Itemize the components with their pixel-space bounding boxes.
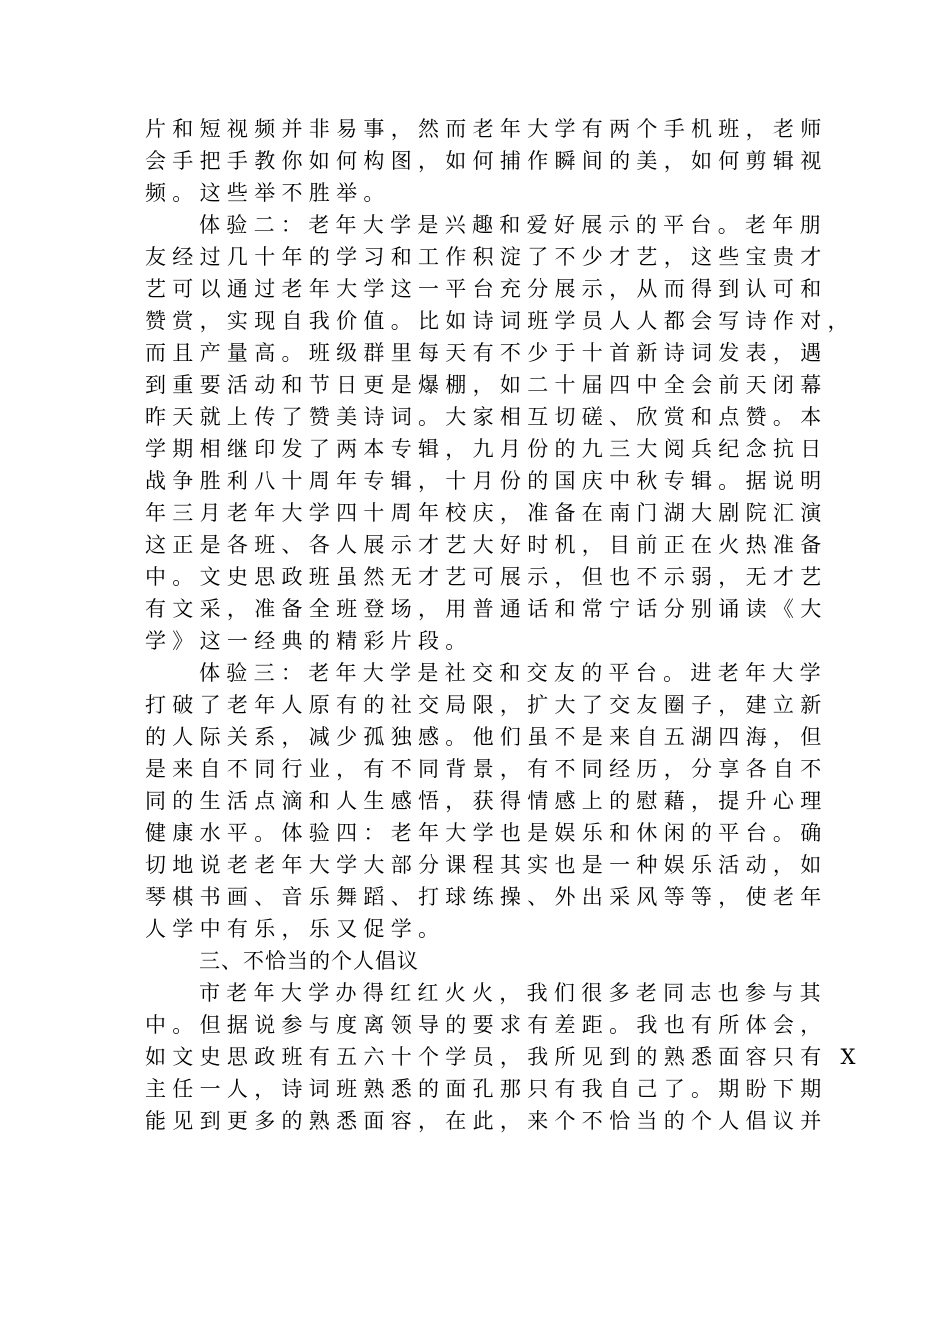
text-line: 年三月老年大学四十周年校庆，准备在南门湖大剧院汇演 bbox=[145, 497, 815, 529]
text-line: 友经过几十年的学习和工作积淀了不少才艺，这些宝贵才 bbox=[145, 241, 815, 273]
text-line: 打破了老年人原有的社交局限，扩大了交友圈子，建立新 bbox=[145, 689, 815, 721]
text-line: 战争胜利八十周年专辑，十月份的国庆中秋专辑。据说明 bbox=[145, 465, 815, 497]
text-line: 能见到更多的熟悉面容，在此，来个不恰当的个人倡议并 bbox=[145, 1105, 815, 1137]
text-line: 频。这些举不胜举。 bbox=[145, 177, 815, 209]
text-line: 人学中有乐，乐又促学。 bbox=[145, 913, 815, 945]
text-line: 学》这一经典的精彩片段。 bbox=[145, 625, 815, 657]
text-line: 的人际关系，减少孤独感。他们虽不是来自五湖四海，但 bbox=[145, 721, 815, 753]
paragraph-start-experience-two: 体验二：老年大学是兴趣和爱好展示的平台。老年朋 bbox=[145, 209, 815, 241]
text-line: 同的生活点滴和人生感悟，获得情感上的慰藉，提升心理 bbox=[145, 785, 815, 817]
text-line: 是来自不同行业，有不同背景，有不同经历，分享各自不 bbox=[145, 753, 815, 785]
text-line: 琴棋书画、音乐舞蹈、打球练操、外出采风等等，使老年 bbox=[145, 881, 815, 913]
paragraph-start-experience-three: 体验三：老年大学是社交和交友的平台。进老年大学 bbox=[145, 657, 815, 689]
text-line: 中。但据说参与度离领导的要求有差距。我也有所体会， bbox=[145, 1009, 815, 1041]
document-body: 片和短视频并非易事，然而老年大学有两个手机班，老师 会手把手教你如何构图，如何捕… bbox=[145, 113, 815, 1137]
text-line: 会手把手教你如何构图，如何捕作瞬间的美，如何剪辑视 bbox=[145, 145, 815, 177]
text-line: 到重要活动和节日更是爆棚，如二十届四中全会前天闭幕 bbox=[145, 369, 815, 401]
text-line: 主任一人，诗词班熟悉的面孔那只有我自己了。期盼下期 bbox=[145, 1073, 815, 1105]
text-line: 健康水平。体验四：老年大学也是娱乐和休闲的平台。确 bbox=[145, 817, 815, 849]
paragraph-start-proposal: 市老年大学办得红红火火，我们很多老同志也参与其 bbox=[145, 977, 815, 1009]
text-line: 学期相继印发了两本专辑，九月份的九三大阅兵纪念抗日 bbox=[145, 433, 815, 465]
text-line: 中。文史思政班虽然无才艺可展示，但也不示弱，无才艺 bbox=[145, 561, 815, 593]
section-heading: 三、不恰当的个人倡议 bbox=[145, 945, 815, 977]
text-line: 艺可以通过老年大学这一平台充分展示，从而得到认可和 bbox=[145, 273, 815, 305]
text-line: 这正是各班、各人展示才艺大好时机，目前正在火热准备 bbox=[145, 529, 815, 561]
text-line: 切地说老老年大学大部分课程其实也是一种娱乐活动，如 bbox=[145, 849, 815, 881]
text-line: 而且产量高。班级群里每天有不少于十首新诗词发表，遇 bbox=[145, 337, 815, 369]
text-line: 赞赏，实现自我价值。比如诗词班学员人人都会写诗作对， bbox=[145, 305, 815, 337]
text-line: 昨天就上传了赞美诗词。大家相互切磋、欣赏和点赞。本 bbox=[145, 401, 815, 433]
text-line: 片和短视频并非易事，然而老年大学有两个手机班，老师 bbox=[145, 113, 815, 145]
document-page: 片和短视频并非易事，然而老年大学有两个手机班，老师 会手把手教你如何构图，如何捕… bbox=[0, 0, 950, 1344]
text-line: 如文史思政班有五六十个学员，我所见到的熟悉面容只有 X bbox=[145, 1041, 815, 1073]
text-line: 有文采，准备全班登场，用普通话和常宁话分别诵读《大 bbox=[145, 593, 815, 625]
